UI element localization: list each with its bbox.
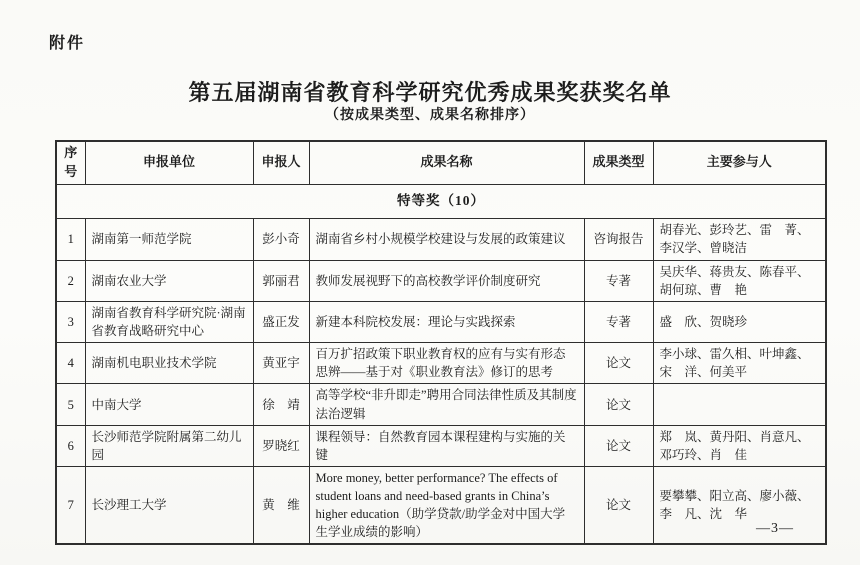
cell-type: 专著 <box>584 301 653 342</box>
page-number: —3— <box>730 521 820 537</box>
cell-type: 论文 <box>584 466 653 544</box>
cell-type: 论文 <box>584 343 653 384</box>
header-participants: 主要参与人 <box>653 141 826 184</box>
header-serial: 序号 <box>56 141 85 184</box>
header-unit: 申报单位 <box>85 141 253 184</box>
cell-type: 论文 <box>584 384 653 425</box>
cell-participants: 李小球、雷久相、叶坤鑫、宋 洋、何美平 <box>653 343 826 384</box>
group-label: 特等奖（10） <box>56 184 826 218</box>
cell-applicant: 黄 维 <box>253 466 309 544</box>
cell-unit: 湖南第一师范学院 <box>85 218 253 260</box>
header-applicant: 申报人 <box>253 141 309 184</box>
cell-achievement: 课程领导：自然教育园本课程建构与实施的关键 <box>309 425 584 466</box>
cell-unit: 长沙理工大学 <box>85 466 253 544</box>
cell-applicant: 郭丽君 <box>253 260 309 301</box>
cell-achievement: 高等学校“非升即走”聘用合同法律性质及其制度法治逻辑 <box>309 384 584 425</box>
cell-serial: 1 <box>56 218 85 260</box>
cell-type: 咨询报告 <box>584 218 653 260</box>
table-row: 1 湖南第一师范学院 彭小奇 湖南省乡村小规模学校建设与发展的政策建议 咨询报告… <box>56 218 826 260</box>
table-row: 5 中南大学 徐 靖 高等学校“非升即走”聘用合同法律性质及其制度法治逻辑 论文 <box>56 384 826 425</box>
page-subtitle: （按成果类型、成果名称排序） <box>0 104 860 124</box>
cell-unit: 湖南农业大学 <box>85 260 253 301</box>
cell-serial: 4 <box>56 343 85 384</box>
cell-applicant: 黄亚宇 <box>253 343 309 384</box>
cell-serial: 6 <box>56 425 85 466</box>
table-header-row: 序号 申报单位 申报人 成果名称 成果类型 主要参与人 <box>56 141 826 184</box>
table-row: 6 长沙师范学院附属第二幼儿园 罗晓红 课程领导：自然教育园本课程建构与实施的关… <box>56 425 826 466</box>
cell-participants: 胡春光、彭玲艺、雷 菁、李汉学、曾晓洁 <box>653 218 826 260</box>
cell-achievement: 百万扩招政策下职业教育权的应有与实有形态思辨——基于对《职业教育法》修订的思考 <box>309 343 584 384</box>
cell-unit: 长沙师范学院附属第二幼儿园 <box>85 425 253 466</box>
table-row: 7 长沙理工大学 黄 维 More money, better performa… <box>56 466 826 544</box>
cell-type: 论文 <box>584 425 653 466</box>
scanned-document-page: 附件 第五届湖南省教育科学研究优秀成果奖获奖名单 （按成果类型、成果名称排序） … <box>0 0 860 565</box>
cell-type: 专著 <box>584 260 653 301</box>
cell-achievement: 新建本科院校发展：理论与实践探索 <box>309 301 584 342</box>
cell-participants: 郑 岚、黄丹阳、肖意凡、邓巧玲、肖 佳 <box>653 425 826 466</box>
cell-participants: 吴庆华、蒋贵友、陈春平、胡何琼、曹 艳 <box>653 260 826 301</box>
cell-serial: 3 <box>56 301 85 342</box>
group-row-special-prize: 特等奖（10） <box>56 184 826 218</box>
header-achievement: 成果名称 <box>309 141 584 184</box>
table-row: 4 湖南机电职业技术学院 黄亚宇 百万扩招政策下职业教育权的应有与实有形态思辨—… <box>56 343 826 384</box>
cell-applicant: 徐 靖 <box>253 384 309 425</box>
cell-participants <box>653 384 826 425</box>
table-row: 3 湖南省教育科学研究院·湖南省教育战略研究中心 盛正发 新建本科院校发展：理论… <box>56 301 826 342</box>
attachment-label: 附件 <box>49 30 85 53</box>
cell-unit: 湖南省教育科学研究院·湖南省教育战略研究中心 <box>85 301 253 342</box>
cell-unit: 中南大学 <box>85 384 253 425</box>
cell-applicant: 罗晓红 <box>253 425 309 466</box>
cell-serial: 5 <box>56 384 85 425</box>
header-type: 成果类型 <box>584 141 653 184</box>
cell-applicant: 彭小奇 <box>253 218 309 260</box>
cell-achievement: More money, better performance? The effe… <box>309 466 584 544</box>
table-row: 2 湖南农业大学 郭丽君 教师发展视野下的高校教学评价制度研究 专著 吴庆华、蒋… <box>56 260 826 301</box>
awards-table: 序号 申报单位 申报人 成果名称 成果类型 主要参与人 特等奖（10） 1 湖南… <box>55 140 827 545</box>
page-title: 第五届湖南省教育科学研究优秀成果奖获奖名单 <box>0 76 860 107</box>
cell-participants: 盛 欣、贺晓珍 <box>653 301 826 342</box>
cell-unit: 湖南机电职业技术学院 <box>85 343 253 384</box>
cell-serial: 7 <box>56 466 85 544</box>
cell-achievement: 湖南省乡村小规模学校建设与发展的政策建议 <box>309 218 584 260</box>
cell-achievement: 教师发展视野下的高校教学评价制度研究 <box>309 260 584 301</box>
cell-applicant: 盛正发 <box>253 301 309 342</box>
cell-serial: 2 <box>56 260 85 301</box>
